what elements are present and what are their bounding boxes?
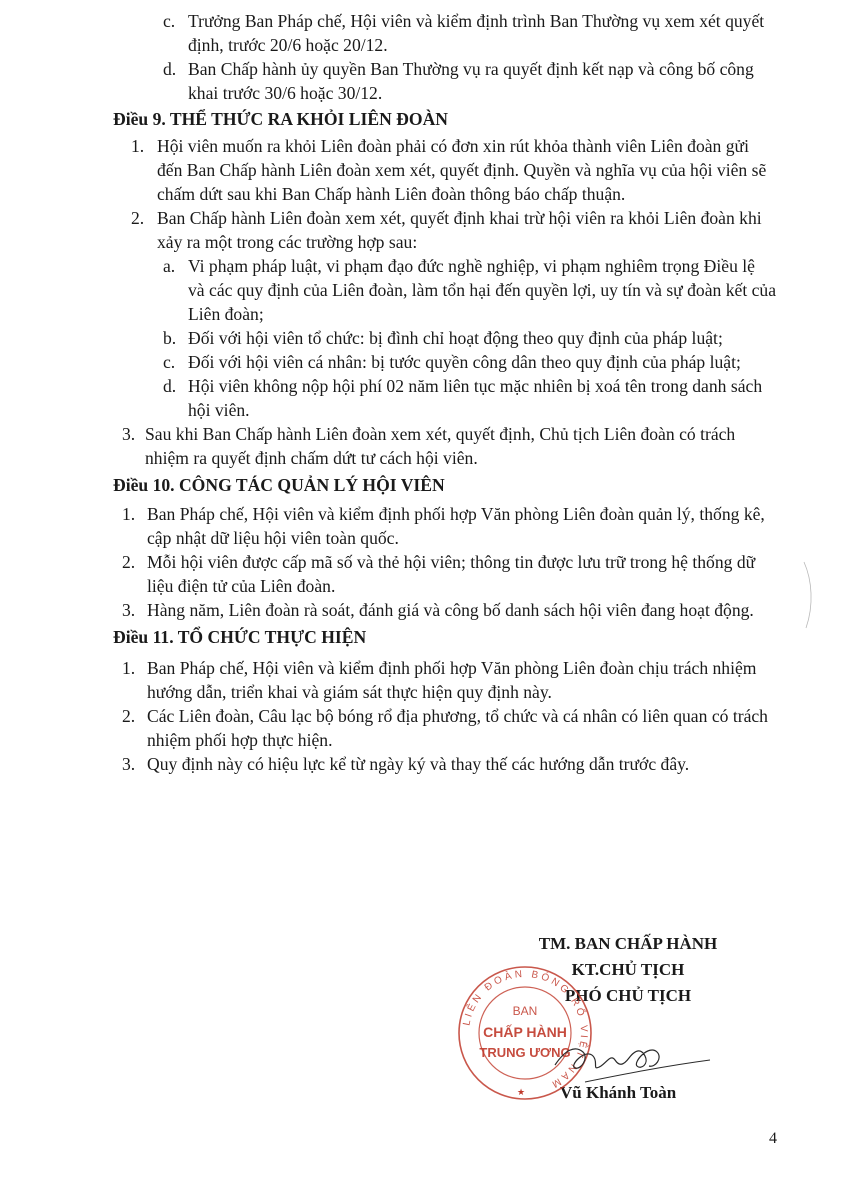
handwritten-signature-icon [545, 1030, 715, 1090]
article-10-title: Điều 10. CÔNG TÁC QUẢN LÝ HỘI VIÊN [113, 473, 445, 497]
list-item-text: Hàng năm, Liên đoàn rà soát, đánh giá và… [147, 598, 754, 622]
list-marker: 3. [122, 752, 135, 776]
page-number: 4 [769, 1130, 777, 1148]
list-marker: 3. [122, 422, 135, 446]
list-item-text: hướng dẫn, triển khai và giám sát thực h… [147, 680, 552, 704]
list-item-text: Hội viên không nộp hội phí 02 năm liên t… [188, 374, 762, 398]
list-item-text: Trưởng Ban Pháp chế, Hội viên và kiểm đị… [188, 9, 764, 33]
signature-org: TM. BAN CHẤP HÀNH [528, 934, 728, 954]
list-item-text: Sau khi Ban Chấp hành Liên đoàn xem xét,… [145, 422, 735, 446]
list-item-text: nhiệm phối hợp thực hiện. [147, 728, 332, 752]
list-item-text: Ban Chấp hành ủy quyền Ban Thường vụ ra … [188, 57, 754, 81]
list-item-text: Ban Pháp chế, Hội viên và kiểm định phối… [147, 502, 765, 526]
list-item-text: khai trước 30/6 hoặc 30/12. [188, 81, 382, 105]
article-9-title: Điều 9. THỂ THỨC RA KHỎI LIÊN ĐOÀN [113, 107, 448, 131]
list-item-text: Ban Pháp chế, Hội viên và kiểm định phối… [147, 656, 756, 680]
list-marker: 3. [122, 598, 135, 622]
list-item-text: nhiệm ra quyết định chấm dứt tư cách hội… [145, 446, 478, 470]
list-marker: 1. [122, 502, 135, 526]
list-marker: 1. [122, 656, 135, 680]
list-item-text: định, trước 20/6 hoặc 20/12. [188, 33, 388, 57]
list-item-text: cập nhật dữ liệu hội viên toàn quốc. [147, 526, 399, 550]
list-item-text: và các quy định của Liên đoàn, làm tổn h… [188, 278, 776, 302]
list-item-text: chấm dứt sau khi Ban Chấp hành Liên đoàn… [157, 182, 625, 206]
list-marker: 2. [122, 704, 135, 728]
list-marker: 2. [122, 550, 135, 574]
list-marker: d. [163, 57, 176, 81]
list-marker: 2. [131, 206, 144, 230]
list-item-text: Hội viên muốn ra khỏi Liên đoàn phải có … [157, 134, 749, 158]
list-item-text: liệu điện tử của Liên đoàn. [147, 574, 335, 598]
article-11-title: Điều 11. TỔ CHỨC THỰC HIỆN [113, 625, 366, 649]
list-marker: c. [163, 350, 175, 374]
list-item-text: xảy ra một trong các trường hợp sau: [157, 230, 417, 254]
margin-mark-icon [800, 560, 820, 630]
list-item-text: Mỗi hội viên được cấp mã số và thẻ hội v… [147, 550, 755, 574]
list-marker: c. [163, 9, 175, 33]
list-marker: b. [163, 326, 176, 350]
list-item-text: Ban Chấp hành Liên đoàn xem xét, quyết đ… [157, 206, 762, 230]
list-item-text: Liên đoàn; [188, 302, 264, 326]
list-item-text: hội viên. [188, 398, 250, 422]
svg-text:BAN: BAN [513, 1004, 538, 1018]
list-marker: a. [163, 254, 175, 278]
list-marker: d. [163, 374, 176, 398]
list-item-text: Quy định này có hiệu lực kể từ ngày ký v… [147, 752, 689, 776]
svg-text:★: ★ [517, 1087, 525, 1097]
list-item-text: Vi phạm pháp luật, vi phạm đạo đức nghề … [188, 254, 755, 278]
list-item-text: đến Ban Chấp hành Liên đoàn xem xét, quy… [157, 158, 766, 182]
list-item-text: Các Liên đoàn, Câu lạc bộ bóng rổ địa ph… [147, 704, 768, 728]
list-item-text: Đối với hội viên cá nhân: bị tước quyền … [188, 350, 741, 374]
document-page: c. Trưởng Ban Pháp chế, Hội viên và kiểm… [0, 0, 848, 1200]
list-item-text: Đối với hội viên tổ chức: bị đình chỉ ho… [188, 326, 723, 350]
list-marker: 1. [131, 134, 144, 158]
